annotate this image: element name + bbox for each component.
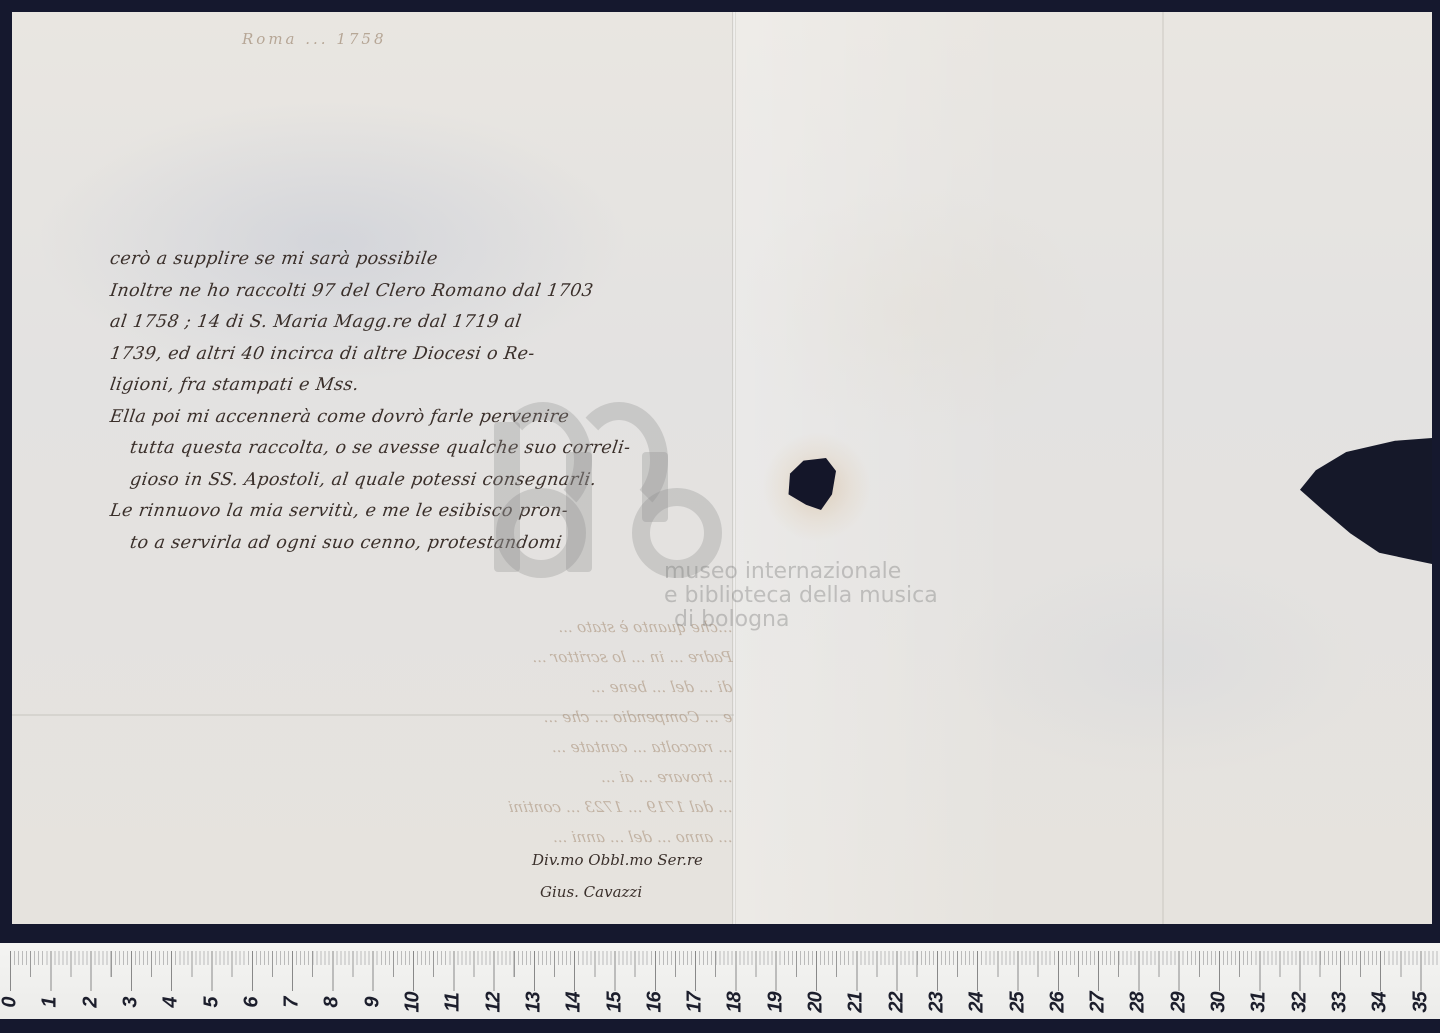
ruler-label: 2 — [79, 988, 102, 1018]
bleed-line: e ... Compendio ... che ... — [50, 702, 734, 732]
ruler-label: 25 — [1006, 988, 1029, 1018]
measurement-ruler: 0123456789101112131415161718192021222324… — [0, 943, 1440, 1019]
ruler-label: 24 — [966, 988, 989, 1018]
right-fold — [1162, 12, 1164, 924]
letter-line: ligioni, fra stampati e Mss. — [108, 370, 742, 402]
ruler-labels: 0123456789101112131415161718192021222324… — [0, 989, 1440, 1017]
ruler-label: 26 — [1046, 988, 1069, 1018]
ruler-label: 11 — [442, 988, 465, 1018]
letter-line: 1739, ed altri 40 incirca di altre Dioce… — [108, 339, 742, 371]
ruler-label: 3 — [119, 988, 142, 1018]
letter-line: cerò a supplire se mi sarà possibile — [108, 244, 742, 276]
ruler-label: 18 — [724, 988, 747, 1018]
ruler-label: 0 — [0, 988, 22, 1018]
ruler-label: 1 — [39, 988, 62, 1018]
letter-line: Ella poi mi accennerà come dovrò farle p… — [108, 402, 742, 434]
ruler-label: 15 — [603, 988, 626, 1018]
ruler-label: 33 — [1328, 988, 1351, 1018]
ruler-label: 14 — [563, 988, 586, 1018]
signature-name: Gius. Cavazzi — [532, 876, 703, 908]
ruler-label: 20 — [805, 988, 828, 1018]
letter-line: al 1758 ; 14 di S. Maria Magg.re dal 171… — [108, 307, 742, 339]
ruler-label: 6 — [240, 988, 263, 1018]
ruler-label: 13 — [522, 988, 545, 1018]
ruler-label: 7 — [281, 988, 304, 1018]
ruler-label: 32 — [1288, 988, 1311, 1018]
letter-line: tutta questa raccolta, o se avesse qualc… — [108, 433, 742, 465]
ruler-label: 21 — [845, 988, 868, 1018]
bleed-through-text: ...che quanto è stato ... Padre ... in .… — [52, 612, 732, 852]
letter-line: to a servirla ad ogni suo cenno, protest… — [108, 528, 742, 560]
bleed-line: ... raccolta ... cantate ... — [50, 732, 734, 762]
ruler-label: 34 — [1369, 988, 1392, 1018]
bleed-line: ... trovare ... ai ... — [50, 762, 734, 792]
manuscript-sheet: Roma ... 1758 ...che quanto è stato ... … — [12, 12, 1432, 924]
faded-header: Roma ... 1758 — [242, 30, 387, 48]
ruler-ticks — [10, 951, 1440, 991]
bleed-line: ... dal 1719 ... 1723 ... contini — [50, 792, 734, 822]
ruler-label: 28 — [1127, 988, 1150, 1018]
ruler-label: 35 — [1409, 988, 1432, 1018]
ruler-label: 30 — [1208, 988, 1231, 1018]
ruler-label: 29 — [1167, 988, 1190, 1018]
letter-line: Le rinnuovo la mia servitù, e me le esib… — [108, 496, 742, 528]
ruler-label: 8 — [321, 988, 344, 1018]
ruler-label: 23 — [925, 988, 948, 1018]
ruler-label: 27 — [1087, 988, 1110, 1018]
bleed-line: ...che quanto è stato ... — [50, 612, 734, 642]
bleed-line: di ... del ... bene ... — [50, 672, 734, 702]
letter-line: Inoltre ne ho raccolti 97 del Clero Roma… — [108, 276, 742, 308]
closing-formula: Div.mo Obbl.mo Ser.re — [532, 844, 703, 876]
ruler-label: 4 — [160, 988, 183, 1018]
ruler-label: 10 — [402, 988, 425, 1018]
signature-block: Div.mo Obbl.mo Ser.re Gius. Cavazzi — [532, 844, 703, 908]
ruler-label: 12 — [482, 988, 505, 1018]
ruler-label: 22 — [885, 988, 908, 1018]
ruler-label: 19 — [764, 988, 787, 1018]
ruler-label: 16 — [643, 988, 666, 1018]
ruler-label: 9 — [361, 988, 384, 1018]
letter-body: cerò a supplire se mi sarà possibile Ino… — [110, 244, 740, 559]
ruler-label: 5 — [200, 988, 223, 1018]
letter-line: gioso in SS. Apostoli, al quale potessi … — [108, 465, 742, 497]
bleed-line: Padre ... in ... lo scrittor ... — [50, 642, 734, 672]
ruler-label: 31 — [1248, 988, 1271, 1018]
ruler-label: 17 — [684, 988, 707, 1018]
